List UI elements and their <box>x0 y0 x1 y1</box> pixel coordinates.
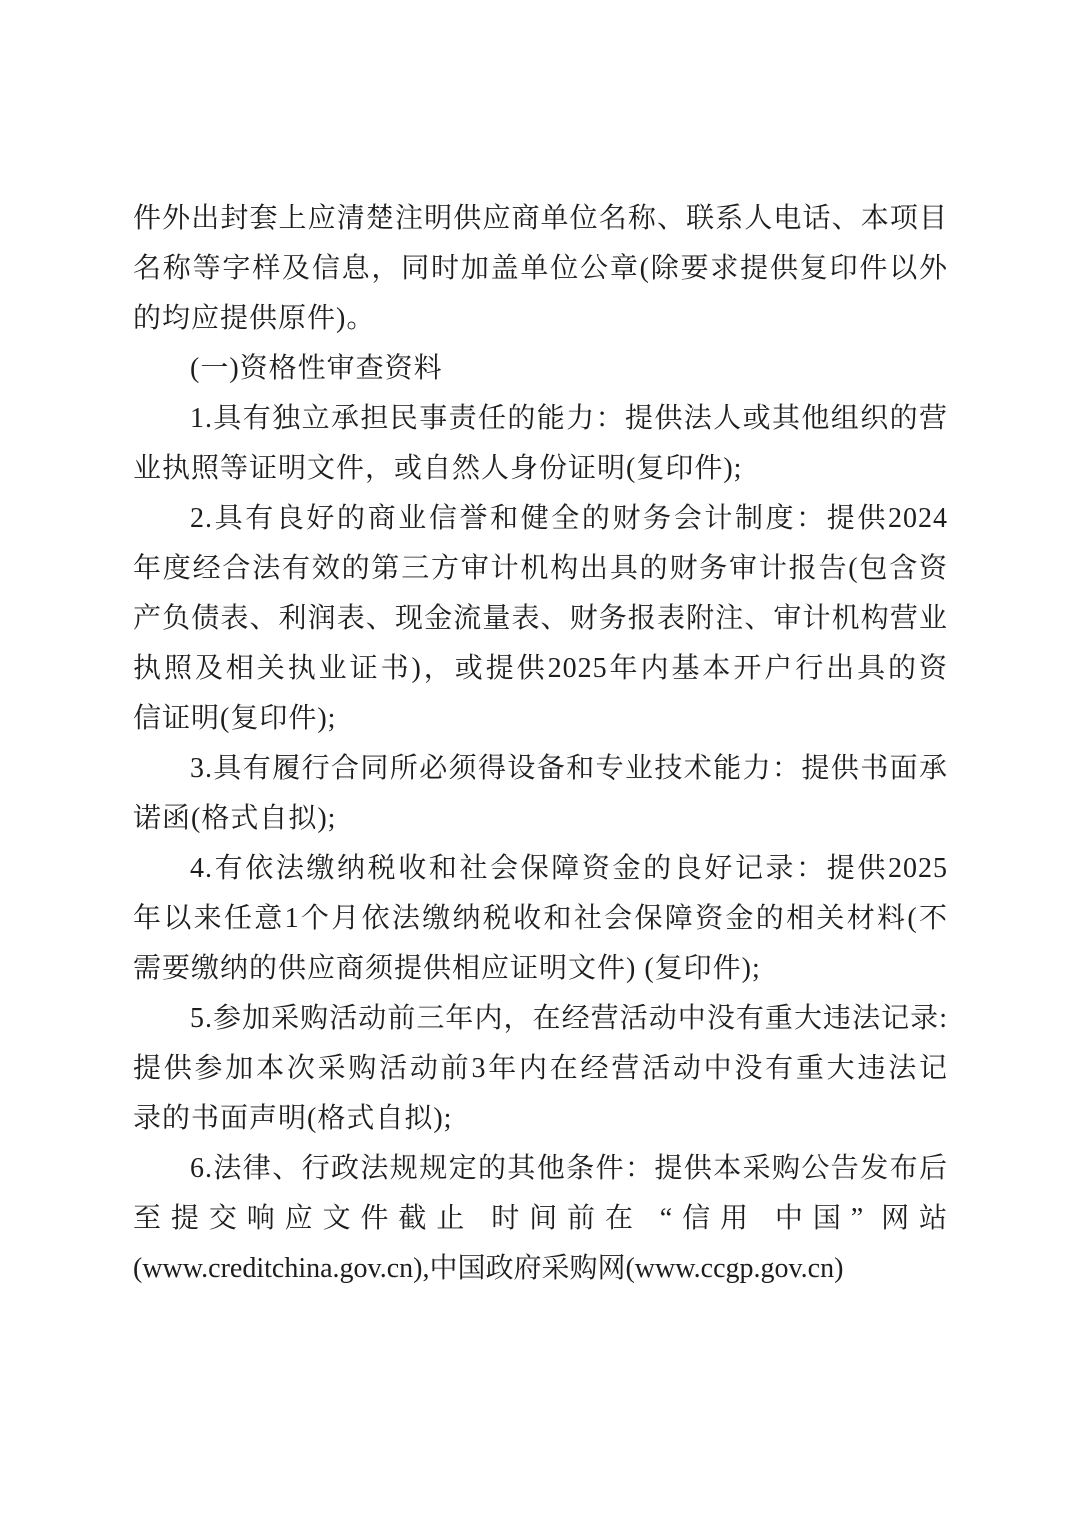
text-line-19: 录的书面声明(格式自拟); <box>133 1094 948 1144</box>
text-line-16: 需要缴纳的供应商须提供相应证明文件) (复印件); <box>133 944 948 994</box>
text-line-21: 至提交响应文件截止 时间前在 “信用 中国” 网站 <box>133 1194 948 1244</box>
text-line-7: 2.具有良好的商业信誉和健全的财务会计制度：提供2024 <box>133 494 948 544</box>
document-page: 件外出封套上应清楚注明供应商单位名称、联系人电话、本项目 名称等字样及信息，同时… <box>0 0 1076 1520</box>
text-line-9: 产负债表、利润表、现金流量表、财务报表附注、审计机构营业 <box>133 594 948 644</box>
text-line-6: 业执照等证明文件，或自然人身份证明(复印件); <box>133 444 948 494</box>
text-line-18: 提供参加本次采购活动前3年内在经营活动中没有重大违法记 <box>133 1044 948 1094</box>
text-line-22: (www.creditchina.gov.cn),中国政府采购网(www.ccg… <box>133 1244 948 1294</box>
text-line-20: 6.法律、行政法规规定的其他条件：提供本采购公告发布后 <box>133 1144 948 1194</box>
text-line-15: 年以来任意1个月依法缴纳税收和社会保障资金的相关材料(不 <box>133 894 948 944</box>
text-line-13: 诺函(格式自拟); <box>133 794 948 844</box>
text-line-14: 4.有依法缴纳税收和社会保障资金的良好记录：提供2025 <box>133 844 948 894</box>
text-line-5: 1.具有独立承担民事责任的能力：提供法人或其他组织的营 <box>133 394 948 444</box>
text-line-11: 信证明(复印件); <box>133 694 948 744</box>
text-line-12: 3.具有履行合同所必须得设备和专业技术能力：提供书面承 <box>133 744 948 794</box>
text-line-2: 名称等字样及信息，同时加盖单位公章(除要求提供复印件以外 <box>133 244 948 294</box>
text-line-8: 年度经合法有效的第三方审计机构出具的财务审计报告(包含资 <box>133 544 948 594</box>
text-line-1: 件外出封套上应清楚注明供应商单位名称、联系人电话、本项目 <box>133 194 948 244</box>
document-body: 件外出封套上应清楚注明供应商单位名称、联系人电话、本项目 名称等字样及信息，同时… <box>133 194 948 1294</box>
text-line-17: 5.参加采购活动前三年内，在经营活动中没有重大违法记录: <box>133 994 948 1044</box>
text-line-3: 的均应提供原件)。 <box>133 294 948 344</box>
text-line-10: 执照及相关执业证书)，或提供2025年内基本开户行出具的资 <box>133 644 948 694</box>
text-line-4: (一)资格性审查资料 <box>133 344 948 394</box>
